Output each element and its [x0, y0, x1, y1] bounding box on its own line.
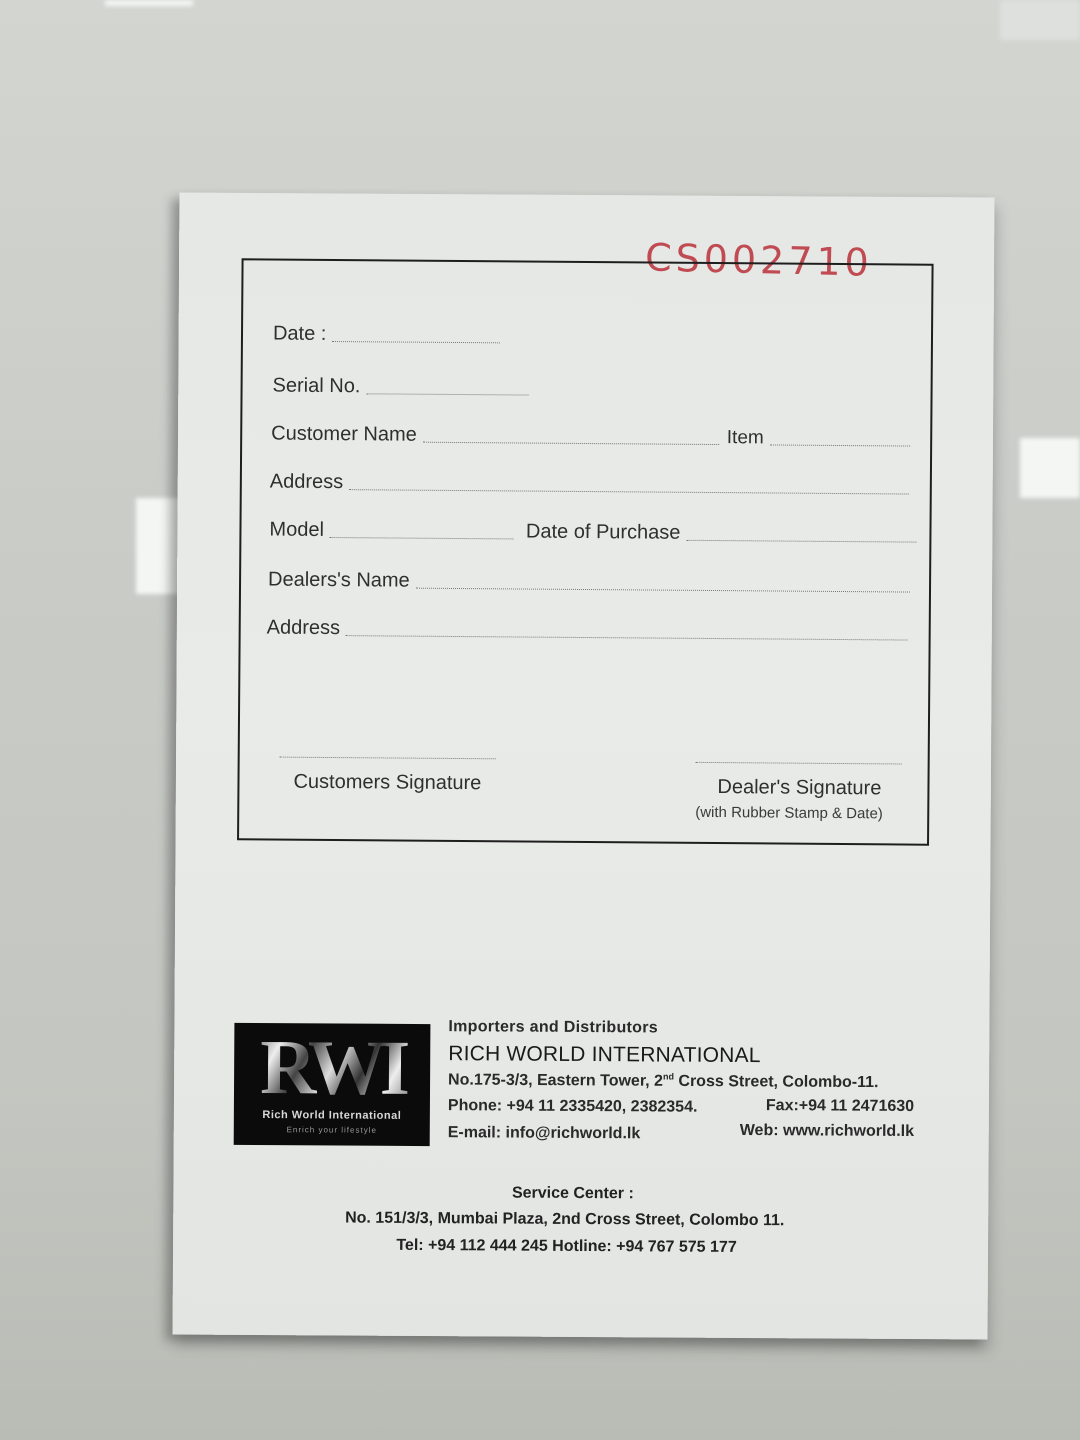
service-center-address: No. 151/3/3, Mumbai Plaza, 2nd Cross Str…	[157, 1208, 972, 1231]
dealer-signature-label: Dealer's Signature	[717, 776, 881, 800]
model-row: Model Date of Purchase	[269, 519, 916, 547]
company-address-part: No.175-3/3, Eastern Tower, 2	[448, 1072, 663, 1090]
item-field[interactable]	[770, 443, 910, 446]
rwi-logo-name: Rich World International	[234, 1109, 430, 1122]
company-phone: Phone: +94 11 2335420, 2382354.	[448, 1097, 698, 1117]
dealer-address-label: Address	[267, 617, 341, 641]
date-label: Date :	[273, 323, 327, 346]
date-row: Date :	[273, 323, 501, 348]
date-field[interactable]	[332, 340, 500, 343]
customer-signature-label: Customers Signature	[293, 771, 481, 795]
address-field[interactable]	[349, 488, 909, 494]
service-center-title: Service Center :	[165, 1182, 980, 1205]
date-of-purchase-field[interactable]	[686, 539, 916, 543]
company-address-ordinal: nd	[663, 1071, 674, 1081]
light-glare	[1000, 0, 1080, 40]
dealers-name-label: Dealers's Name	[268, 569, 410, 593]
dealers-name-row: Dealers's Name	[268, 569, 910, 597]
address-row: Address	[270, 471, 910, 499]
company-email: E-mail: info@richworld.lk	[448, 1124, 641, 1143]
serial-no-label: Serial No.	[273, 375, 361, 399]
address-label: Address	[270, 471, 344, 495]
company-fax: Fax:+94 11 2471630	[766, 1097, 914, 1116]
company-tagline: Importers and Distributors	[448, 1018, 658, 1037]
company-name: RICH WORLD INTERNATIONAL	[448, 1042, 761, 1068]
dealer-signature-note: (with Rubber Stamp & Date)	[695, 804, 883, 822]
rwi-logo-tagline: Enrich your lifestyle	[234, 1125, 430, 1135]
light-glare	[105, 0, 193, 6]
customer-name-label: Customer Name	[271, 423, 417, 447]
serial-no-row: Serial No.	[273, 375, 529, 400]
company-address-part: Cross Street, Colombo-11.	[674, 1073, 879, 1091]
warranty-card: CS002710 Date : Serial No. Customer Name…	[173, 193, 995, 1340]
dealer-signature-line[interactable]	[696, 762, 902, 765]
customer-name-field[interactable]	[423, 441, 719, 445]
rwi-logo-mark: RWI	[244, 1029, 420, 1106]
light-glare	[1020, 438, 1080, 498]
dealer-address-row: Address	[267, 617, 909, 645]
company-web: Web: www.richworld.lk	[740, 1122, 914, 1141]
serial-no-field[interactable]	[366, 392, 528, 395]
date-of-purchase-label: Date of Purchase	[526, 521, 681, 545]
item-label: Item	[727, 427, 764, 449]
model-label: Model	[269, 519, 324, 542]
warranty-form: Date : Serial No. Customer Name Item Add…	[237, 258, 934, 845]
customer-name-row: Customer Name Item	[271, 423, 910, 451]
rwi-logo: RWI Rich World International Enrich your…	[234, 1023, 431, 1146]
service-center-contact: Tel: +94 112 444 245 Hotline: +94 767 57…	[159, 1235, 974, 1258]
customer-signature-line[interactable]	[280, 757, 496, 760]
model-field[interactable]	[330, 536, 514, 539]
dealer-address-field[interactable]	[346, 634, 908, 640]
company-address: No.175-3/3, Eastern Tower, 2nd Cross Str…	[448, 1070, 879, 1092]
dealers-name-field[interactable]	[416, 587, 910, 593]
